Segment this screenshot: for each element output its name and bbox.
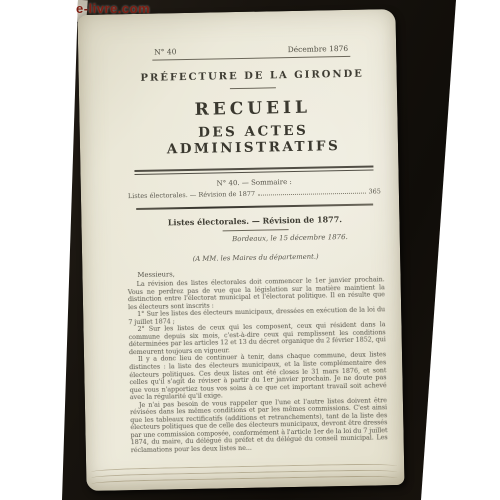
paragraph: Il y a donc lieu de continuer à tenir, d… [129,352,387,402]
sommaire-entry: Listes électorales. — Révision de 1877 3… [128,187,381,200]
sommaire-entry-label: Listes électorales. — Révision de 1877 [128,190,255,200]
issue-date: Décembre 1876 [288,44,349,54]
main-title-line1: RECUEIL [124,96,381,121]
book-photo-backdrop: N° 40 Décembre 1876 PRÉFECTURE DE LA GIR… [0,0,500,500]
masthead: N° 40 Décembre 1876 [154,44,348,57]
prefecture-rule [229,87,275,89]
circular-title: Listes électorales. — Révision de 1877. [126,213,383,228]
document-page: N° 40 Décembre 1876 PRÉFECTURE DE LA GIR… [77,9,404,491]
issue-number: N° 40 [154,47,176,56]
dot-leaders [258,193,365,196]
circular-title-rule [222,229,288,231]
watermark-text: e-livre.com [76,1,150,16]
main-title-line2: DES ACTES ADMINISTRATIFS [125,121,383,158]
paragraph: Je n'ai pas besoin de vous rappeler que … [130,397,388,455]
prefecture-title: PRÉFECTURE DE LA GIRONDE [124,68,381,84]
page-background: N° 40 Décembre 1876 PRÉFECTURE DE LA GIR… [0,0,500,500]
body-text: La révision des listes électorales doit … [128,276,388,454]
sommaire-entry-page: 365 [368,187,381,195]
section-divider [136,203,373,210]
addressee-line: (A MM. les Maires du département.) [127,251,384,264]
stacked-page-edges [91,463,397,489]
document-content: N° 40 Décembre 1876 PRÉFECTURE DE LA GIR… [122,9,387,454]
title-double-rule [134,165,373,175]
masthead-rule [152,56,350,61]
dateline: Bordeaux, le 15 décembre 1876. [127,233,348,245]
